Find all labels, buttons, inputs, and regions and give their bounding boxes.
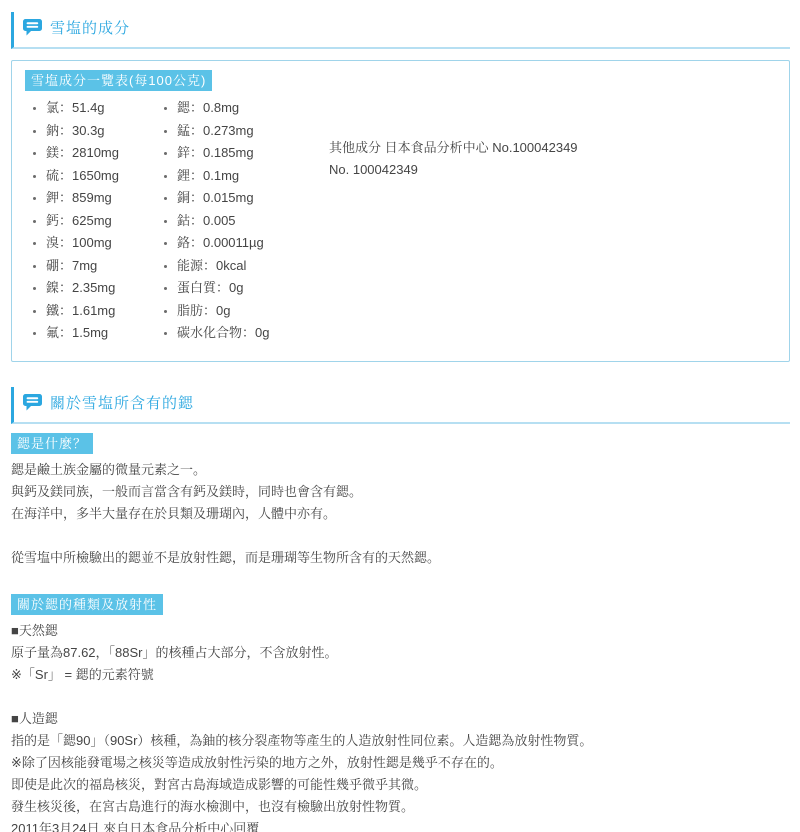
text-line (11, 686, 790, 708)
analysis-note-line: No. 100042349 (329, 159, 578, 181)
list-item: 鈉：30.3g (46, 120, 156, 143)
nutrient-list-col1: 氯：51.4g 鈉：30.3g 鎂：2810mg 硫：1650mg 鉀：859m… (25, 97, 156, 345)
text-line: ※除了因核能發電場之核災等造成放射性污染的地方之外，放射性鍶是幾乎不存在的。 (11, 752, 790, 774)
text-line: 指的是「鍶90」（90Sr）核種，為鈾的核分裂產物等產生的人造放射性同位素。人造… (11, 730, 790, 752)
what-is-label-row: 鍶是什麼？ (11, 433, 790, 454)
list-item: 能源：0kcal (177, 255, 315, 278)
text-line: ※「Sr」 = 鍶的元素符號 (11, 664, 790, 686)
list-item: 鉀：859mg (46, 187, 156, 210)
list-item: 氟：1.5mg (46, 322, 156, 345)
nutrient-caption-row: 雪塩成分一覽表(每100公克) (25, 70, 777, 91)
list-item: 鋰：0.1mg (177, 165, 315, 188)
list-item: 鍶：0.8mg (177, 97, 315, 120)
analysis-note-line: 其他成分 日本食品分析中心 No.100042349 (329, 137, 578, 159)
speech-bubble-icon (23, 394, 42, 411)
text-line: 從雪塩中所檢驗出的鍶並不是放射性鍶，而是珊瑚等生物所含有的天然鍶。 (11, 547, 790, 569)
speech-bubble-icon-svg (23, 19, 42, 36)
list-item: 溴：100mg (46, 232, 156, 255)
analysis-note: 其他成分 日本食品分析中心 No.100042349 No. 100042349 (329, 97, 578, 181)
text-line: ■人造鍶 (11, 708, 790, 730)
section-strontium-title: 關於雪塩所含有的鍶 (50, 392, 194, 413)
strontium-types-label: 關於鍶的種類及放射性 (11, 594, 163, 615)
list-item: 鉻：0.00011µg (177, 232, 315, 255)
text-line: 原子量為87.62，「88Sr」的核種占大部分，不含放射性。 (11, 642, 790, 664)
list-item: 鈣：625mg (46, 210, 156, 233)
nutrient-list-col2: 鍶：0.8mg 錳：0.273mg 鋅：0.185mg 鋰：0.1mg 銅：0.… (156, 97, 315, 345)
strontium-types-text: ■天然鍶 原子量為87.62，「88Sr」的核種占大部分，不含放射性。 ※「Sr… (11, 620, 790, 832)
list-item: 硼：7mg (46, 255, 156, 278)
list-item: 鋅：0.185mg (177, 142, 315, 165)
nutrient-table-box: 雪塩成分一覽表(每100公克) 氯：51.4g 鈉：30.3g 鎂：2810mg… (11, 60, 790, 362)
speech-bubble-icon (23, 19, 42, 36)
list-item: 鈷：0.005 (177, 210, 315, 233)
page: 雪塩的成分 雪塩成分一覽表(每100公克) 氯：51.4g 鈉：30.3g 鎂：… (0, 0, 800, 832)
what-is-strontium-text: 鍶是鹼土族金屬的微量元素之一。 與鈣及鎂同族，一般而言當含有鈣及鎂時，同時也會含… (11, 459, 790, 569)
text-line: 在海洋中，多半大量存在於貝類及珊瑚內，人體中亦有。 (11, 503, 790, 525)
list-item: 蛋白質：0g (177, 277, 315, 300)
list-item: 碳水化合物：0g (177, 322, 315, 345)
list-item: 鐵：1.61mg (46, 300, 156, 323)
list-item: 氯：51.4g (46, 97, 156, 120)
list-item: 鎳：2.35mg (46, 277, 156, 300)
section-composition-header: 雪塩的成分 (11, 12, 790, 49)
text-line: 即使是此次的福島核災，對宮古島海域造成影響的可能性幾乎微乎其微。 (11, 774, 790, 796)
text-line (11, 525, 790, 547)
list-item: 鎂：2810mg (46, 142, 156, 165)
speech-bubble-icon-svg (23, 394, 42, 411)
list-item: 銅：0.015mg (177, 187, 315, 210)
text-line: 鍶是鹼土族金屬的微量元素之一。 (11, 459, 790, 481)
nutrient-table-caption: 雪塩成分一覽表(每100公克) (25, 70, 212, 91)
text-line: 2011年3月24日 來自日本食品分析中心回覆 (11, 818, 790, 832)
list-item: 脂肪：0g (177, 300, 315, 323)
text-line: 與鈣及鎂同族，一般而言當含有鈣及鎂時，同時也會含有鍶。 (11, 481, 790, 503)
what-is-strontium-label: 鍶是什麼？ (11, 433, 93, 454)
types-label-row: 關於鍶的種類及放射性 (11, 594, 790, 615)
text-line: 發生核災後，在宮古島進行的海水檢測中，也沒有檢驗出放射性物質。 (11, 796, 790, 818)
list-item: 硫：1650mg (46, 165, 156, 188)
nutrient-columns: 氯：51.4g 鈉：30.3g 鎂：2810mg 硫：1650mg 鉀：859m… (25, 97, 777, 345)
list-item: 錳：0.273mg (177, 120, 315, 143)
section-composition-title: 雪塩的成分 (50, 17, 130, 38)
text-line: ■天然鍶 (11, 620, 790, 642)
section-strontium-header: 關於雪塩所含有的鍶 (11, 387, 790, 424)
